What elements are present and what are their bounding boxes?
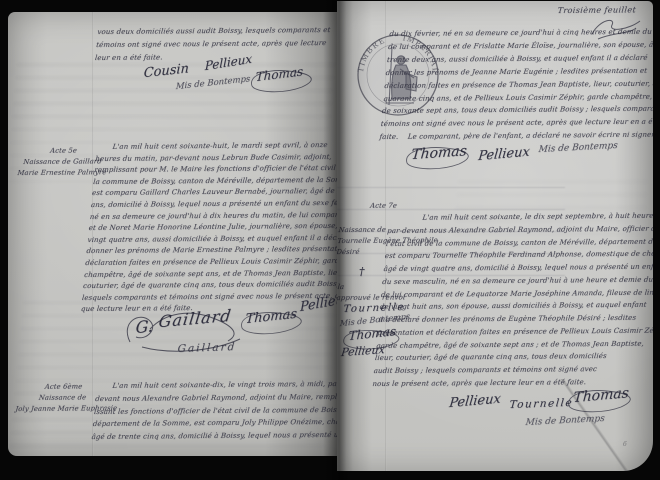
sheet-label: Troisième feuillet [557, 5, 636, 15]
act6-body-text: L'an mil huit cent soixante-dix, le ving… [91, 378, 337, 444]
act5-body-text: L'an mil huit cent soixante-huit, le mar… [80, 140, 337, 316]
page-corner-mark: 6 [623, 441, 627, 448]
act7-body-text: L'an mil huit cent soixante, le dix sept… [372, 210, 653, 391]
continuation-body-text: du dix février, né en sa demeure ce jour… [379, 26, 652, 144]
signature-pellieux: Pellieux [477, 144, 530, 164]
signature-mayor: Mis de Bontemps [176, 74, 251, 92]
signature-mayor: Mis de Bontemps [538, 141, 618, 155]
signature-thomas: Thomas [573, 385, 630, 406]
right-page: Troisième feuillet TIMBRE IMPERIAL [337, 1, 653, 471]
signature-cousin: Cousin [143, 61, 189, 81]
signature-thomas: Thomas [411, 143, 468, 163]
signature-gaillard-initial: G. [135, 316, 153, 337]
act7-margin-act-number: Acte 7e [343, 200, 424, 212]
left-page: vous deux domiciliés aussi audit Boissy,… [8, 12, 337, 456]
signature-tournelle: Tournelle [509, 397, 574, 411]
stamp-text-timbre: TIMBRE [356, 35, 387, 73]
signature-mayor: Mis de Bontemps [525, 414, 605, 428]
register-book-scan: vous deux domiciliés aussi audit Boissy,… [0, 0, 660, 480]
signature-pellieux: Pellieux [448, 391, 501, 411]
marginal-cross-mark: † [359, 265, 365, 278]
svg-text:TIMBRE: TIMBRE [356, 35, 387, 73]
signature-gaillard-small: Gaillard [177, 341, 237, 355]
signature-thomas: Thomas [256, 64, 304, 84]
